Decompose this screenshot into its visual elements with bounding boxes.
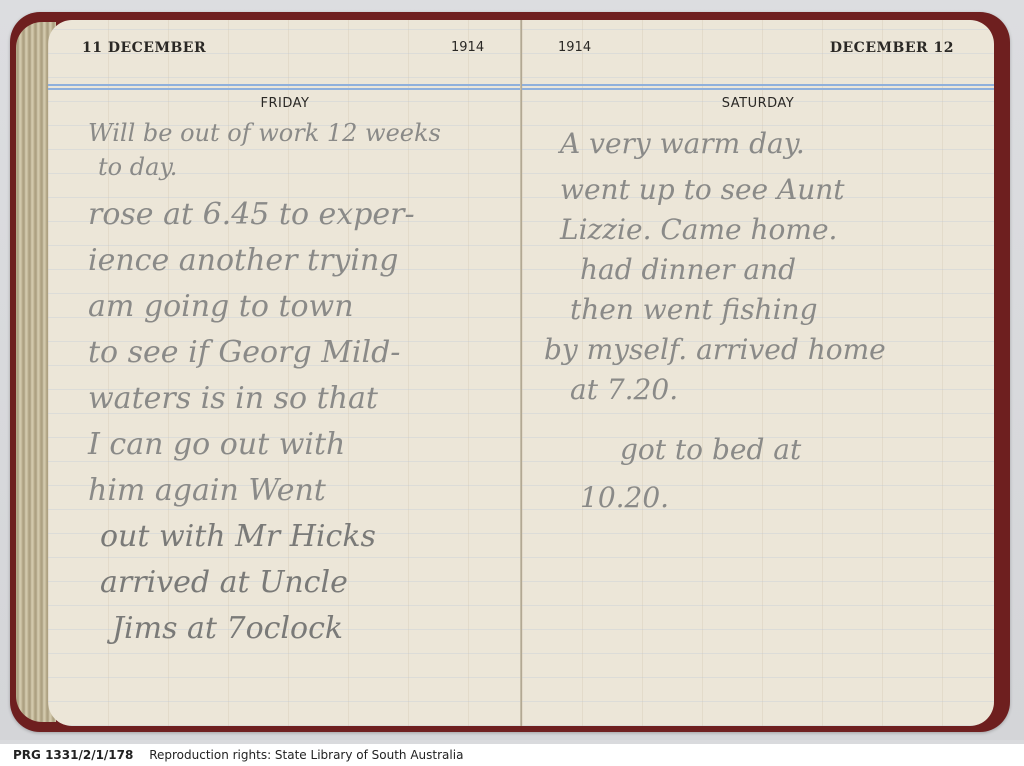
left-page: 11 DECEMBER 1914 FRIDAY Will be out of w… [48,20,522,726]
right-header-year: 1914 [558,40,591,55]
left-header-year: 1914 [451,40,484,55]
left-entry: Will be out of work 12 weeks to day. ros… [48,116,522,652]
right-header-date: DECEMBER 12 [830,40,954,56]
entry-line: to see if Georg Mild- [88,330,522,376]
image-viewer: 11 DECEMBER 1914 FRIDAY Will be out of w… [0,0,1024,740]
entry-line: to day. [88,150,522,184]
entry-line: waters is in so that [88,376,522,422]
entry-line: Jims at 7oclock [88,606,522,652]
entry-line: by myself. arrived home [544,330,994,370]
entry-line [560,410,994,430]
header-rule [48,84,522,90]
entry-line: had dinner and [560,250,994,290]
left-weekday: FRIDAY [48,96,522,111]
right-page: 1914 DECEMBER 12 SATURDAY A very warm da… [522,20,994,726]
caption-bar: PRG 1331/2/1/178 Reproduction rights: St… [0,744,1024,766]
entry-line: I can go out with [88,422,522,468]
right-entry: A very warm day. went up to see Aunt Liz… [522,124,994,518]
entry-line: at 7.20. [560,370,994,410]
entry-line: am going to town [88,284,522,330]
header-rule [522,84,994,90]
entry-line: arrived at Uncle [88,560,522,606]
record-id: PRG 1331/2/1/178 [13,748,133,762]
left-header-date: 11 DECEMBER [82,40,206,56]
entry-line: then went fishing [560,290,994,330]
entry-line: rose at 6.45 to exper- [88,192,522,238]
entry-line: Lizzie. Came home. [560,210,994,250]
entry-line: out with Mr Hicks [88,514,522,560]
entry-line: ience another trying [88,238,522,284]
entry-line: got to bed at [560,430,994,470]
entry-line: 10.20. [560,478,994,518]
entry-line: him again Went [88,468,522,514]
entry-line: Will be out of work 12 weeks [88,116,522,150]
entry-line: A very warm day. [560,124,994,164]
right-weekday: SATURDAY [522,96,994,111]
rights-statement: Reproduction rights: State Library of So… [149,748,463,762]
entry-line: went up to see Aunt [560,170,994,210]
